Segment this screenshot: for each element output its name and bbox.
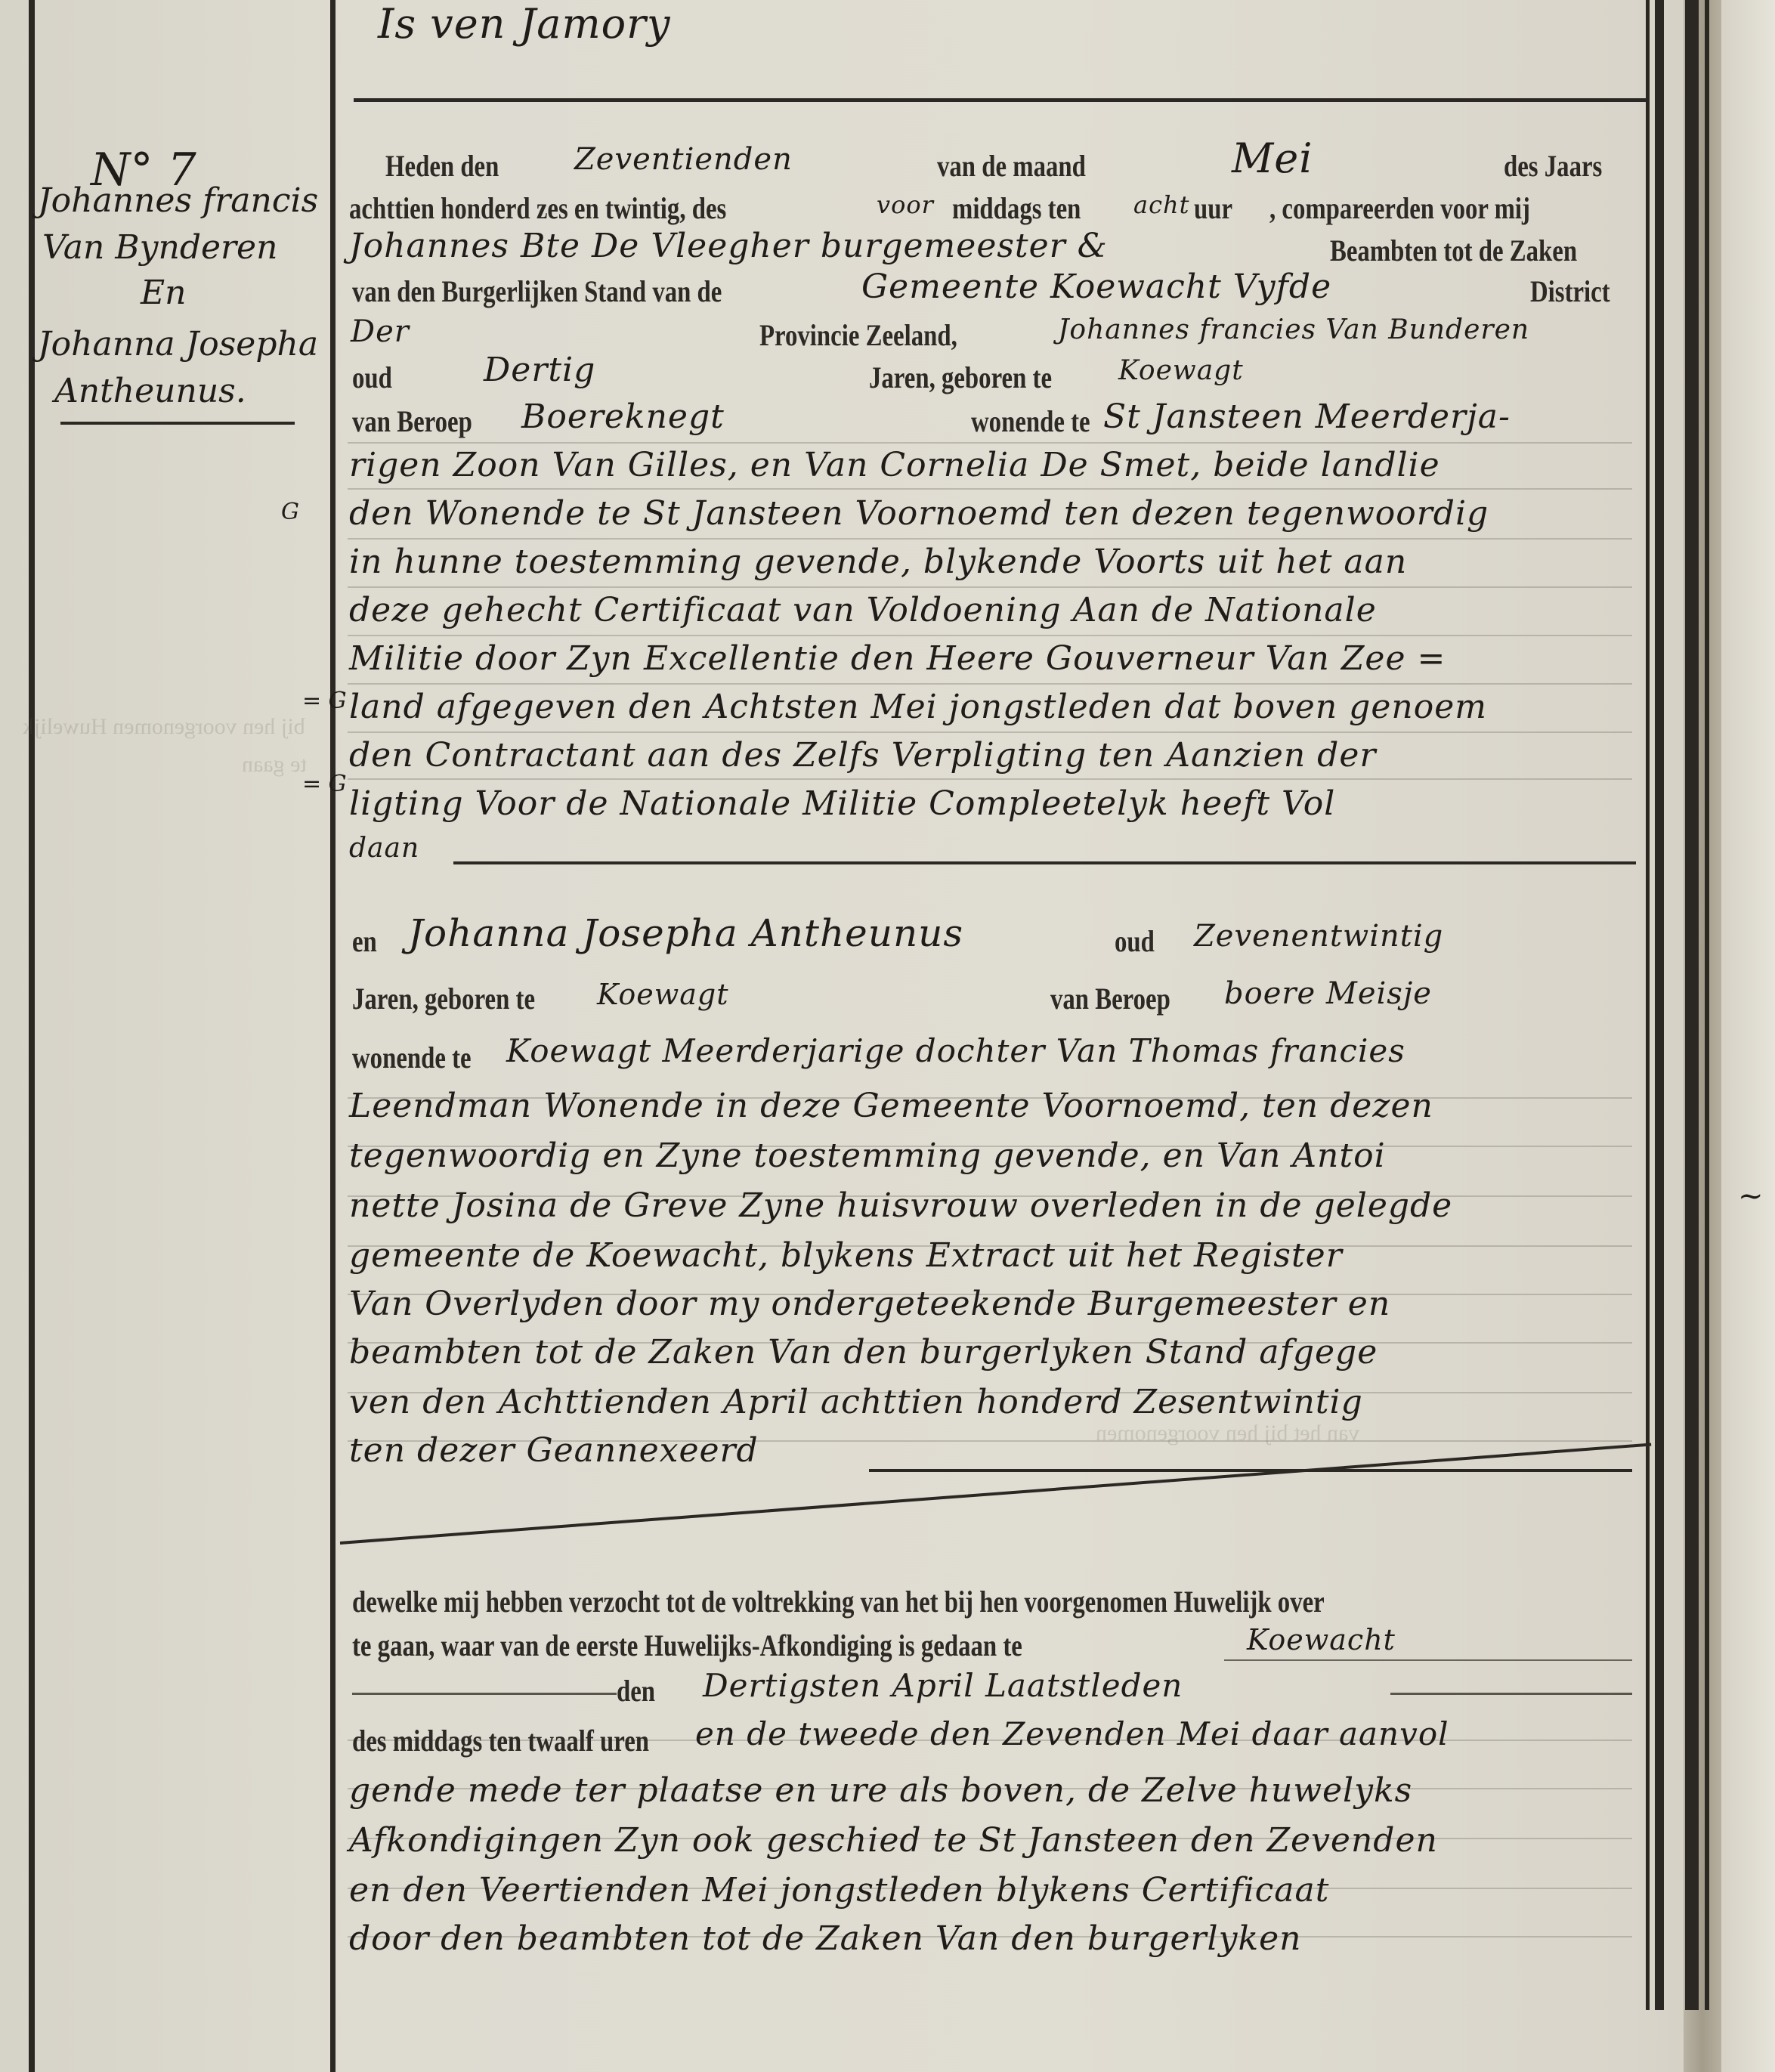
hand-line-20: tegenwoordig en Zyne toestemming gevende… <box>349 1137 1386 1175</box>
ruled-line <box>348 731 1632 733</box>
ruled-line <box>348 635 1632 636</box>
hand-line-21: nette Josina de Greve Zyne huisvrouw ove… <box>349 1186 1452 1225</box>
ruled-line <box>348 586 1632 588</box>
hand-line-23: Van Overlyden door my ondergeteekende Bu… <box>349 1285 1390 1323</box>
printed-wonende-te: wonende te <box>971 404 1090 439</box>
hand-line-33: en den Veertienden Mei jongstleden blyke… <box>349 1871 1329 1910</box>
fill-line <box>1224 1659 1632 1661</box>
printed-bride-van-beroep: van Beroep <box>1050 981 1170 1016</box>
hand-bride-name: Johanna Josepha Antheunus <box>408 911 963 955</box>
bride-name-line1: Johanna Josepha <box>38 325 318 363</box>
hand-bride-age: Zevenentwintig <box>1194 919 1443 954</box>
hand-day: Zeventienden <box>574 142 793 177</box>
bride-name-line2: Antheunus. <box>54 372 246 410</box>
printed-van-de-maand: van de maand <box>937 148 1086 184</box>
hand-line-25: ven den Achttienden April achttien honde… <box>349 1383 1363 1421</box>
groom-name-line1: Johannes francis <box>38 181 318 220</box>
printed-beambten: Beambten tot de Zaken <box>1330 233 1577 268</box>
hand-line-22: gemeente de Koewacht, blykens Extract ui… <box>349 1236 1343 1275</box>
hand-groom-age: Dertig <box>484 351 595 389</box>
margin-mark-1: G <box>281 499 299 525</box>
hand-line-7: rigen Zoon Van Gilles, en Van Cornelia D… <box>349 446 1440 484</box>
hand-line-32: Afkondigingen Zyn ook geschied te St Jan… <box>349 1821 1438 1860</box>
hand-line-24: beambten tot de Zaken Van den burgerlyke… <box>349 1333 1378 1372</box>
printed-van-beroep: van Beroep <box>352 404 472 439</box>
hand-line-10: deze gehecht Certificaat van Voldoening … <box>349 591 1377 629</box>
fill-line <box>352 1693 617 1695</box>
printed-middags-ten: middags ten <box>952 190 1081 226</box>
hand-line-9: in hunne toestemming gevende, blykende V… <box>349 543 1407 581</box>
margin-mark-2: = G <box>302 688 347 714</box>
printed-uur: uur <box>1194 190 1232 226</box>
hand-bride-occupation: boere Meisje <box>1224 976 1432 1011</box>
left-border-rule <box>29 0 35 2072</box>
printed-district: District <box>1530 274 1610 309</box>
printed-bride-wonende-te: wonende te <box>352 1040 472 1075</box>
printed-compareerden: , compareerden voor mij <box>1269 190 1530 226</box>
printed-bride-jaren-geboren: Jaren, geboren te <box>352 981 535 1016</box>
hand-bride-residence: Koewagt Meerderjarige dochter Van Thomas… <box>506 1032 1405 1069</box>
hand-first-publication-date: Dertigsten April Laatstleden <box>703 1667 1183 1704</box>
printed-burgerlijken-stand: van den Burgerlijken Stand van de <box>352 274 722 309</box>
hand-der: Der <box>351 314 410 349</box>
hand-line-12: land afgegeven den Achtsten Mei jongstle… <box>349 688 1487 726</box>
hand-line-11: Militie door Zyn Excellentie den Heere G… <box>349 639 1446 678</box>
hand-voor: voor <box>877 190 934 219</box>
header-divider <box>354 98 1646 102</box>
gutter-rule-1 <box>1685 0 1699 2010</box>
hand-groom-birthplace: Koewagt <box>1118 355 1244 386</box>
printed-en: en <box>352 923 377 959</box>
printed-des-jaars: des Jaars <box>1504 148 1602 184</box>
printed-heden-den: Heden den <box>385 148 499 184</box>
hand-hour: acht <box>1133 190 1189 219</box>
printed-oud: oud <box>352 360 392 395</box>
hand-groom-name: Johannes francies Van Bunderen <box>1058 314 1529 345</box>
printed-provincie: Provincie Zeeland, <box>759 317 957 353</box>
printed-te-gaan: te gaan, waar van de eerste Huwelijks-Af… <box>352 1628 1022 1663</box>
closing-line <box>869 1469 1632 1472</box>
hand-line-15: daan <box>349 833 419 864</box>
groom-name-line2: Van Bynderen <box>42 228 277 267</box>
hand-groom-occupation: Boereknegt <box>521 397 725 436</box>
facing-page-edge <box>1721 0 1775 2072</box>
margin-mark-3: = G <box>302 771 347 797</box>
ruled-line <box>348 778 1632 780</box>
hand-line-8: den Wonende te St Jansteen Voornoemd ten… <box>349 494 1489 533</box>
hand-second-publication: en de tweede den Zevenden Mei daar aanvo… <box>695 1715 1449 1752</box>
hand-official: Johannes Bte De Vleegher burgemeester & <box>349 227 1108 265</box>
hand-bride-birthplace: Koewagt <box>597 978 729 1011</box>
bleed-through-text-1: bij hen voorgenomen Huwelijk <box>23 714 305 740</box>
hand-first-publication-place: Koewacht <box>1247 1623 1396 1656</box>
hand-line-26: ten dezer Geannexeerd <box>349 1431 759 1470</box>
hand-line-19: Leendman Wonende in deze Gemeente Voorno… <box>349 1087 1433 1125</box>
hand-groom-residence: St Jansteen Meerderja- <box>1103 397 1511 436</box>
printed-jaren-geboren: Jaren, geboren te <box>869 360 1052 395</box>
gutter-rule-2 <box>1705 0 1709 2010</box>
ruled-line <box>348 442 1632 444</box>
right-border-rule-1 <box>1646 0 1650 2010</box>
facing-page-mark: ~ <box>1738 1179 1764 1214</box>
printed-year-clause: achttien honderd zes en twintig, des <box>349 190 726 226</box>
hand-line-14: ligting Voor de Nationale Militie Comple… <box>349 784 1335 823</box>
bleed-through-text-2: te gaan <box>242 752 307 778</box>
margin-column-rule <box>330 0 336 2072</box>
ruled-line <box>348 538 1632 540</box>
hand-month: Mei <box>1232 135 1313 182</box>
printed-den: den <box>617 1673 655 1709</box>
hand-line-13: den Contractant aan des Zelfs Verpligtin… <box>349 736 1376 775</box>
margin-divider <box>60 422 295 425</box>
section-divider-1 <box>453 861 1636 864</box>
fill-line <box>1390 1693 1632 1695</box>
hand-line-31: gende mede ter plaatse en ure als boven,… <box>349 1771 1412 1810</box>
printed-des-middags: des middags ten twaalf uren <box>352 1723 649 1758</box>
hand-line-34: door den beambten tot de Zaken Van den b… <box>349 1919 1302 1958</box>
register-page: Is ven Jamory N° 7 Johannes francis Van … <box>0 0 1775 2072</box>
bleed-through-text-3: van het bij hen voorgenomen <box>1096 1421 1359 1446</box>
printed-dewelke: dewelke mij hebben verzocht tot de voltr… <box>352 1584 1325 1619</box>
conjunction: En <box>141 274 186 312</box>
printed-bride-oud: oud <box>1115 923 1155 959</box>
ruled-line <box>348 488 1632 490</box>
hand-municipality: Gemeente Koewacht Vyfde <box>861 268 1331 306</box>
right-border-rule-2 <box>1655 0 1664 2010</box>
header-note: Is ven Jamory <box>378 0 671 48</box>
ruled-line <box>348 683 1632 685</box>
